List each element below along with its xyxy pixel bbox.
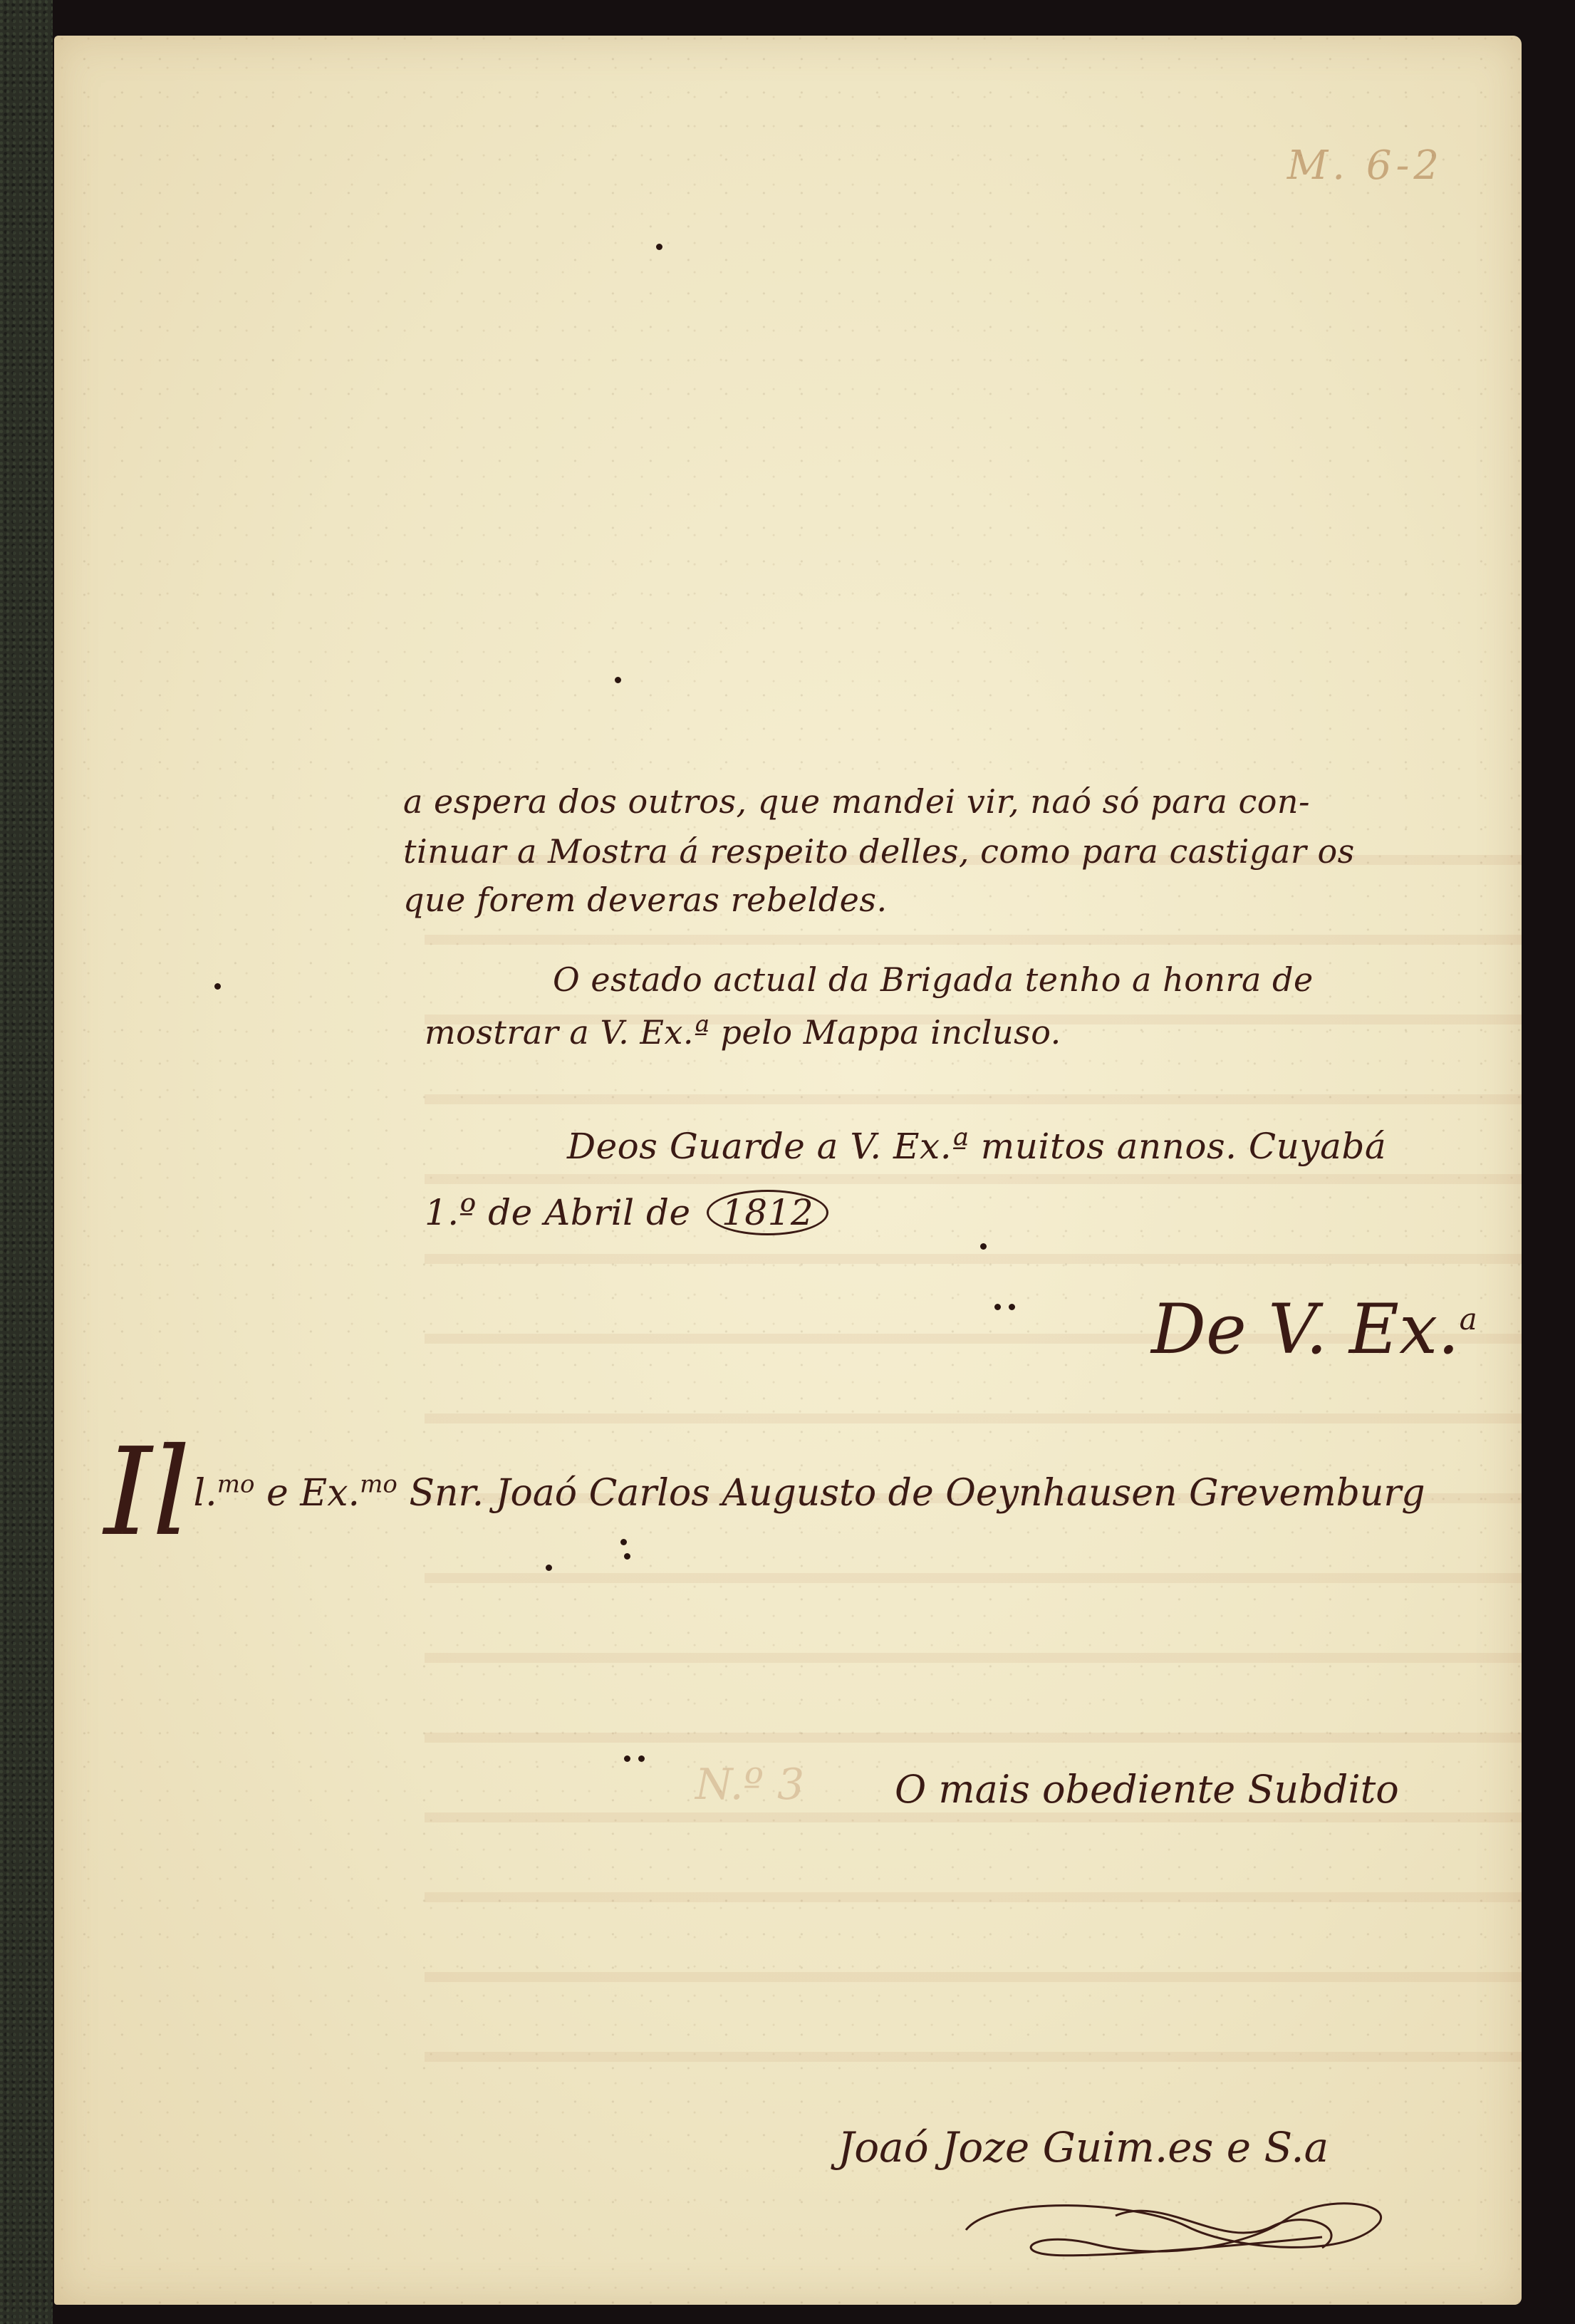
ink-dot xyxy=(214,983,221,990)
closing-devx-sup: a xyxy=(1460,1302,1477,1337)
ink-dot xyxy=(624,1755,630,1762)
folio-mark: M. 6-2 xyxy=(1287,142,1443,189)
date-prefix: 1.º de Abril de xyxy=(425,1192,691,1233)
ink-dot xyxy=(615,677,621,683)
manuscript-page: M. 6-2 N.º 3 a espera dos outros, que ma… xyxy=(54,36,1522,2305)
addressee-sup-2: mo xyxy=(360,1470,397,1499)
bleed-through-text: N.º 3 xyxy=(695,1760,804,1810)
addressee-initial: Il xyxy=(104,1422,191,1563)
signature: Joaó Joze Guim.es e S.a xyxy=(838,2123,1329,2172)
body-line-2: tinuar a Mostra á respeito delles, como … xyxy=(403,832,1355,871)
addressee-line: Ill.mo e Ex.mo Snr. Joaó Carlos Augusto … xyxy=(104,1432,1425,1553)
valediction: O mais obediente Subdito xyxy=(895,1767,1399,1812)
scanner-backdrop-left xyxy=(0,0,53,2324)
body-line-3: que forem deveras rebeldes. xyxy=(403,881,888,919)
addressee-name: Snr. Joaó Carlos Augusto de Oeynhausen G… xyxy=(397,1472,1425,1515)
addressee-part-b: e Ex. xyxy=(254,1472,360,1515)
ink-dot xyxy=(624,1553,630,1560)
ink-dot xyxy=(994,1304,1001,1310)
ink-dot xyxy=(1009,1304,1015,1310)
date-line: 1.º de Abril de 1812 xyxy=(425,1190,828,1235)
signature-flourish-icon xyxy=(952,2187,1408,2266)
ink-dot xyxy=(656,244,662,250)
addressee-part-a: l. xyxy=(194,1472,217,1515)
closing-de-vossa-excelencia: De V. Ex.a xyxy=(1151,1290,1477,1369)
ink-dot xyxy=(638,1755,645,1762)
closing-formula: Deos Guarde a V. Ex.ª muitos annos. Cuya… xyxy=(567,1126,1386,1167)
ink-dot xyxy=(546,1565,552,1571)
body-line-1: a espera dos outros, que mandei vir, naó… xyxy=(403,782,1310,821)
closing-devx-main: De V. Ex. xyxy=(1151,1290,1460,1369)
ink-dot xyxy=(980,1243,987,1250)
body-line-4: O estado actual da Brigada tenho a honra… xyxy=(553,960,1314,999)
addressee-sup-1: mo xyxy=(217,1470,255,1499)
body-line-5: mostrar a V. Ex.ª pelo Mappa incluso. xyxy=(425,1013,1061,1052)
date-year: 1812 xyxy=(707,1190,828,1235)
ink-dot xyxy=(620,1539,627,1545)
